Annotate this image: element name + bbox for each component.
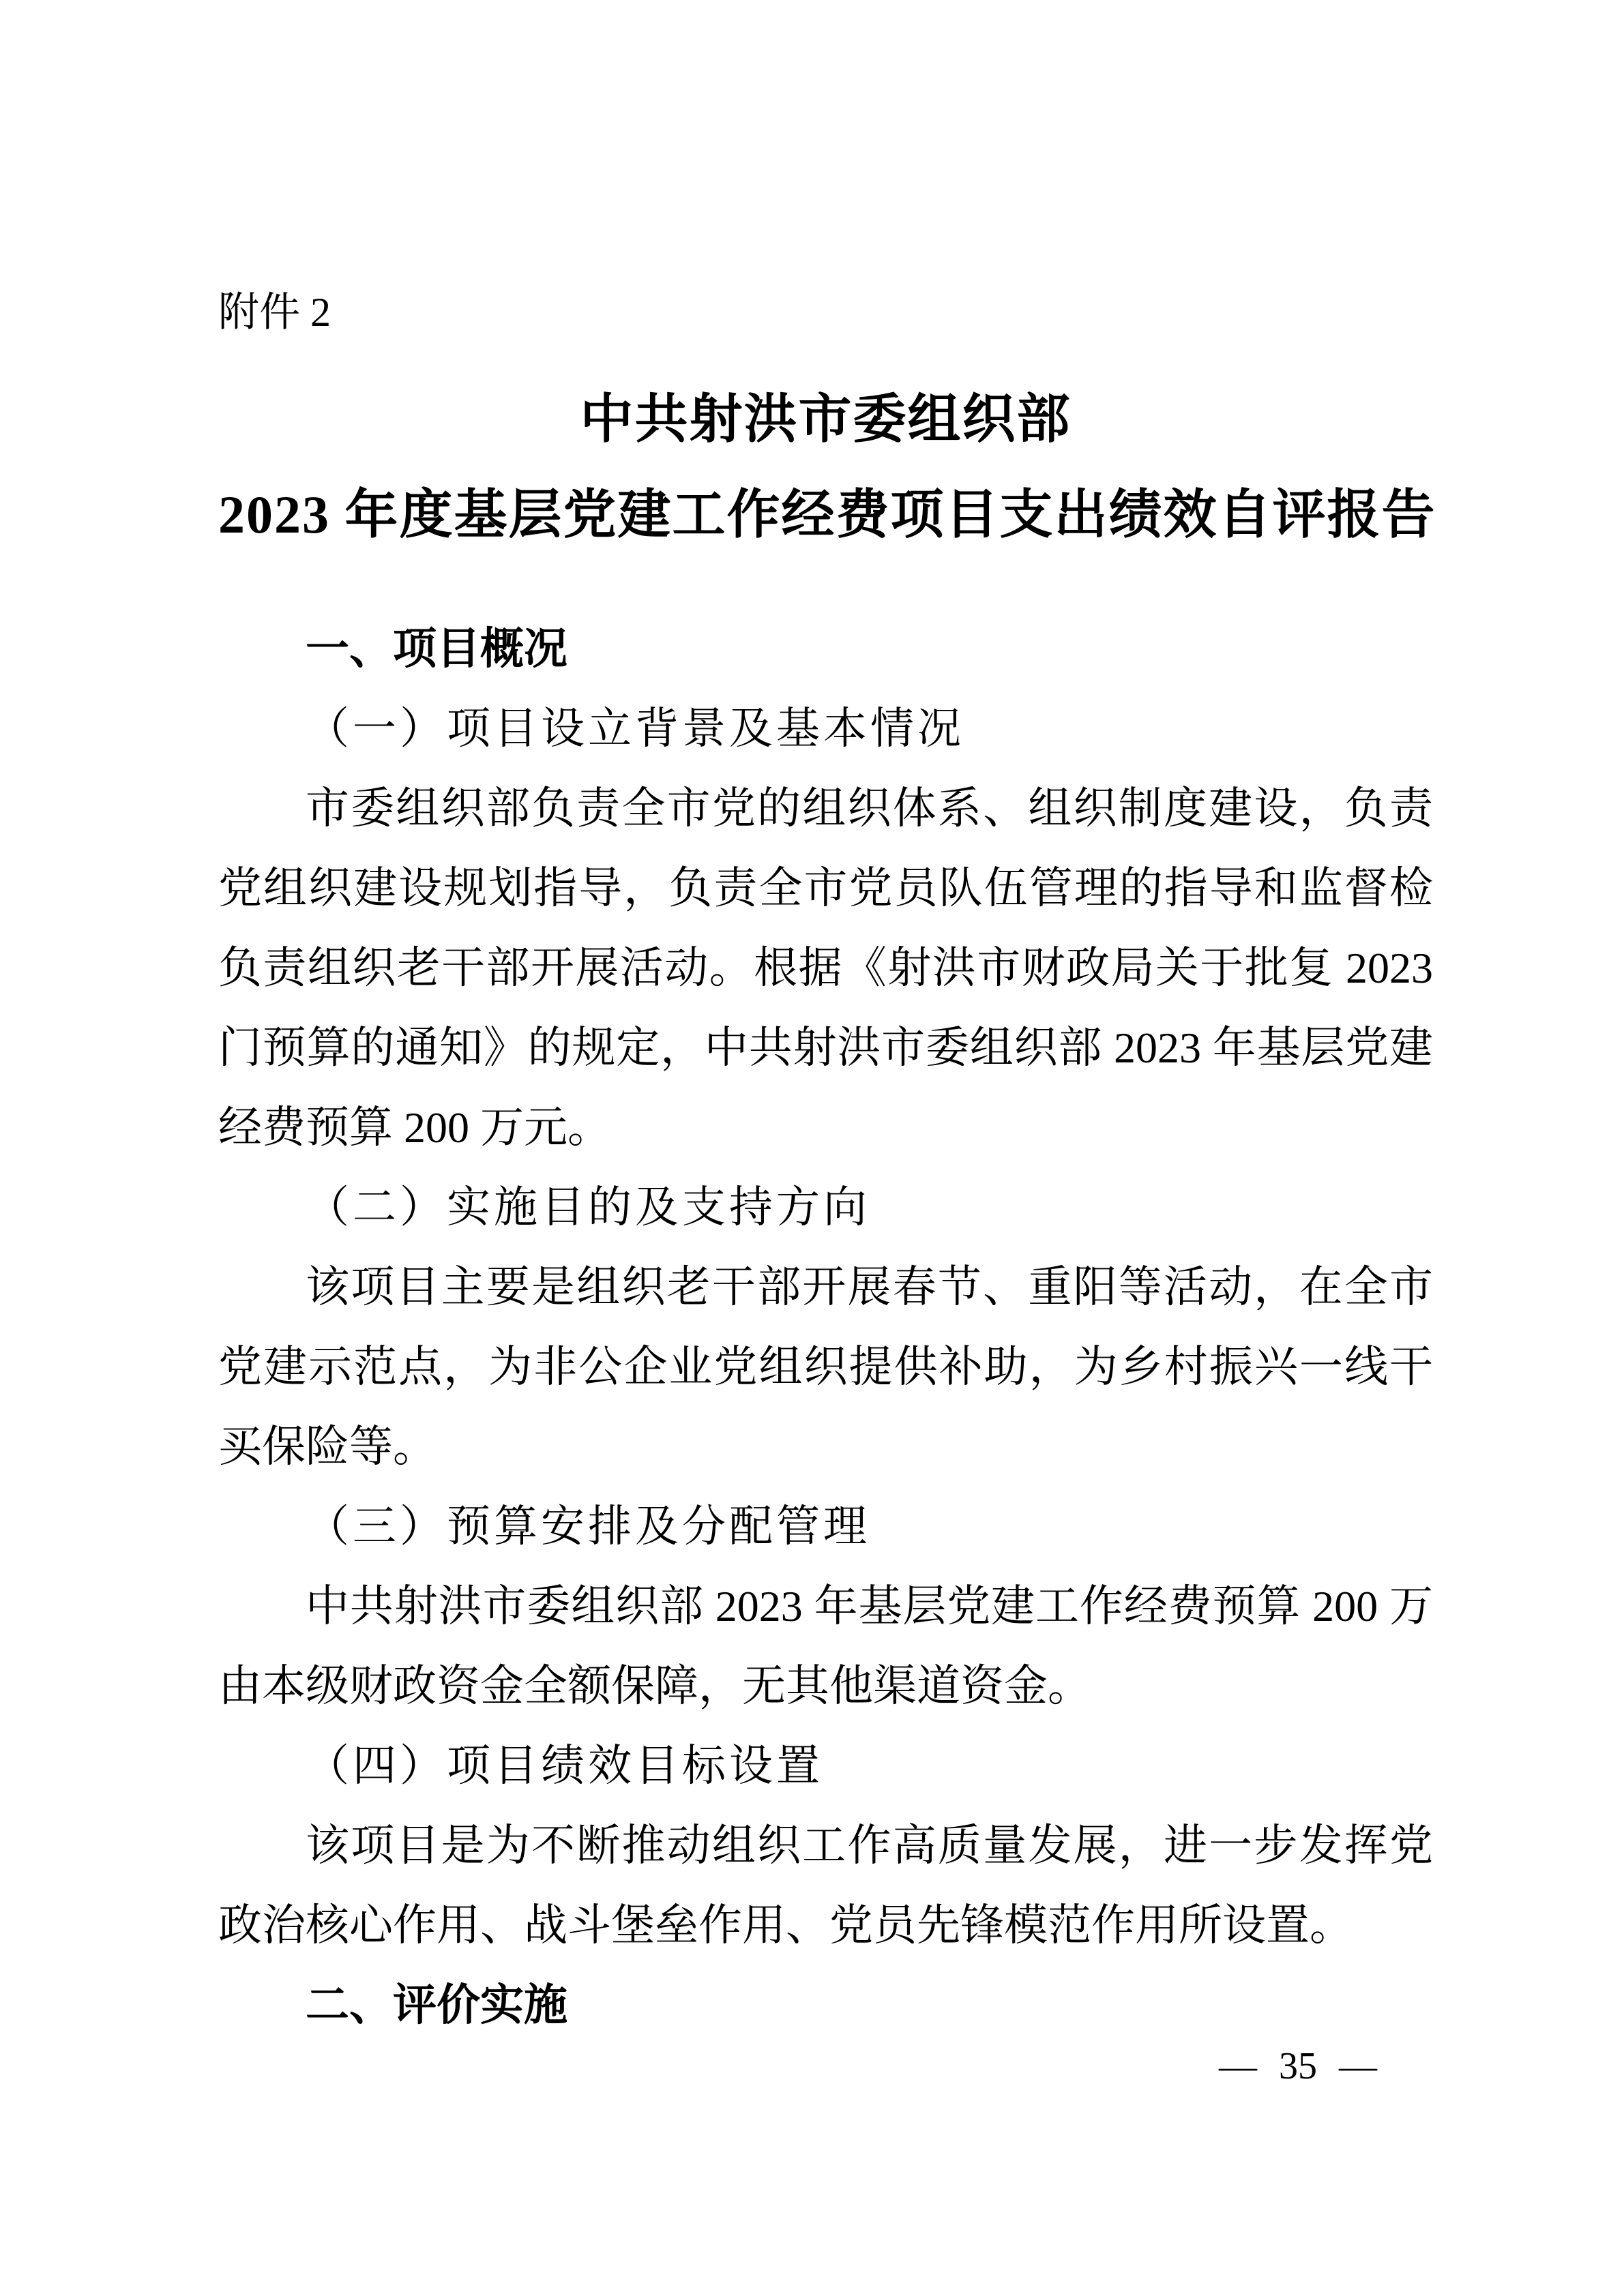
paragraph-line: 党建示范点，为非公企业党组织提供补助，为乡村振兴一线干部购 — [218, 1327, 1433, 1407]
paragraph-line: 党组织建设规划指导，负责全市党员队伍管理的指导和监督检查； — [218, 848, 1433, 928]
paragraph-line: 买保险等。 — [218, 1407, 1433, 1487]
section-heading-1: 一、项目概况 — [218, 609, 1433, 689]
paragraph-line: 门预算的通知》的规定，中共射洪市委组织部 2023 年基层党建工作 — [218, 1008, 1433, 1088]
subsection-heading-1-3: （三）预算安排及分配管理 — [218, 1487, 1433, 1566]
document-title: 中共射洪市委组织部 2023 年度基层党建工作经费项目支出绩效自评报告 — [218, 372, 1433, 563]
document-title-line-2: 2023 年度基层党建工作经费项目支出绩效自评报告 — [218, 467, 1433, 563]
document-page: 附件 2 中共射洪市委组织部 2023 年度基层党建工作经费项目支出绩效自评报告… — [0, 0, 1624, 2296]
page-number: — 35 — — [1219, 2046, 1377, 2087]
document-body: 一、项目概况 （一）项目设立背景及基本情况 市委组织部负责全市党的组织体系、组织… — [218, 609, 1433, 2045]
subsection-heading-1-2: （二）实施目的及支持方向 — [218, 1167, 1433, 1247]
document-title-line-1: 中共射洪市委组织部 — [218, 372, 1433, 467]
subsection-heading-1-1: （一）项目设立背景及基本情况 — [218, 689, 1433, 769]
subsection-heading-1-4: （四）项目绩效目标设置 — [218, 1726, 1433, 1806]
attachment-label: 附件 2 — [218, 288, 331, 337]
paragraph-line: 市委组织部负责全市党的组织体系、组织制度建设，负责基层 — [218, 769, 1433, 848]
paragraph-line: 中共射洪市委组织部 2023 年基层党建工作经费预算 200 万元， — [218, 1566, 1433, 1646]
paragraph-line: 由本级财政资金全额保障，无其他渠道资金。 — [218, 1646, 1433, 1726]
section-heading-2: 二、评价实施 — [218, 1965, 1433, 2045]
paragraph-line: 经费预算 200 万元。 — [218, 1088, 1433, 1167]
paragraph-line: 政治核心作用、战斗堡垒作用、党员先锋模范作用所设置。 — [218, 1885, 1433, 1965]
paragraph-line: 该项目是为不断推动组织工作高质量发展，进一步发挥党组织 — [218, 1806, 1433, 1885]
paragraph-line: 该项目主要是组织老干部开展春节、重阳等活动，在全市打造 — [218, 1247, 1433, 1327]
paragraph-line: 负责组织老干部开展活动。根据《射洪市财政局关于批复 2023 年部 — [218, 928, 1433, 1008]
